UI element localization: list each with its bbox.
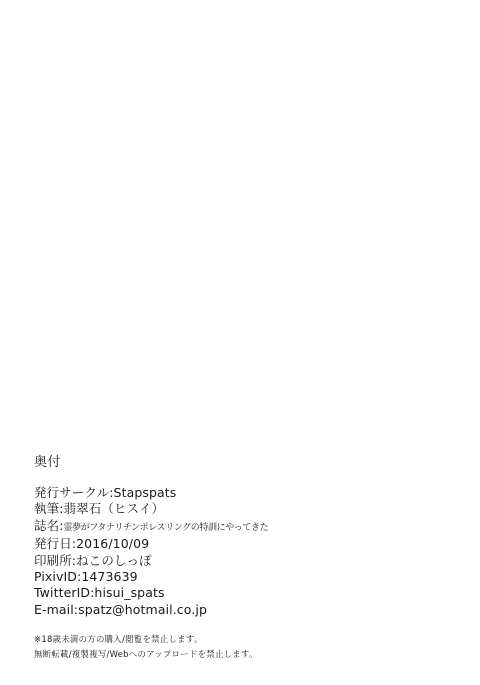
- colophon-block: 奥付 発行サークル:Stapspats 執筆:翡翠石（ヒスイ） 誌名:霊夢がフタ…: [34, 455, 454, 662]
- pixiv-id-value: 1473639: [81, 569, 137, 584]
- circle-label: 発行サークル:: [34, 485, 114, 500]
- book-title-value: 霊夢がフタナリチンポレスリングの特訓にやってきた: [64, 523, 269, 533]
- info-row-pixiv: PixivID:1473639: [34, 569, 454, 585]
- info-row-email: E-mail:spatz@hotmail.co.jp: [34, 602, 454, 618]
- age-restriction-notice: ※18歳未満の方の購入/閲覧を禁止します。: [34, 632, 454, 647]
- book-title-label: 誌名:: [34, 518, 64, 533]
- info-row-circle: 発行サークル:Stapspats: [34, 485, 454, 501]
- circle-value: Stapspats: [114, 485, 177, 500]
- author-value: 翡翠石（ヒスイ）: [64, 501, 165, 516]
- info-row-title: 誌名:霊夢がフタナリチンポレスリングの特訓にやってきた: [34, 518, 454, 536]
- info-row-printer: 印刷所:ねこのしっぽ: [34, 553, 454, 569]
- colophon-page: 奥付 発行サークル:Stapspats 執筆:翡翠石（ヒスイ） 誌名:霊夢がフタ…: [0, 0, 480, 685]
- printer-label: 印刷所:: [34, 553, 76, 568]
- publish-date-label: 発行日:: [34, 536, 76, 551]
- colophon-title: 奥付: [34, 455, 454, 471]
- legal-notice: ※18歳未満の方の購入/閲覧を禁止します。 無断転載/複製複写/Webへのアップ…: [34, 632, 454, 662]
- info-row-author: 執筆:翡翠石（ヒスイ）: [34, 501, 454, 517]
- twitter-id-value: hisui_spats: [94, 585, 164, 600]
- info-row-date: 発行日:2016/10/09: [34, 536, 454, 552]
- pixiv-id-label: PixivID:: [34, 569, 81, 584]
- twitter-id-label: TwitterID:: [34, 585, 94, 600]
- info-row-twitter: TwitterID:hisui_spats: [34, 585, 454, 601]
- publication-info-list: 発行サークル:Stapspats 執筆:翡翠石（ヒスイ） 誌名:霊夢がフタナリチ…: [34, 485, 454, 618]
- email-label: E-mail:: [34, 602, 78, 617]
- email-value: spatz@hotmail.co.jp: [78, 602, 207, 617]
- reproduction-notice: 無断転載/複製複写/Webへのアップロードを禁止します。: [34, 647, 454, 662]
- author-label: 執筆:: [34, 501, 64, 516]
- publish-date-value: 2016/10/09: [76, 536, 149, 551]
- printer-value: ねこのしっぽ: [76, 553, 152, 568]
